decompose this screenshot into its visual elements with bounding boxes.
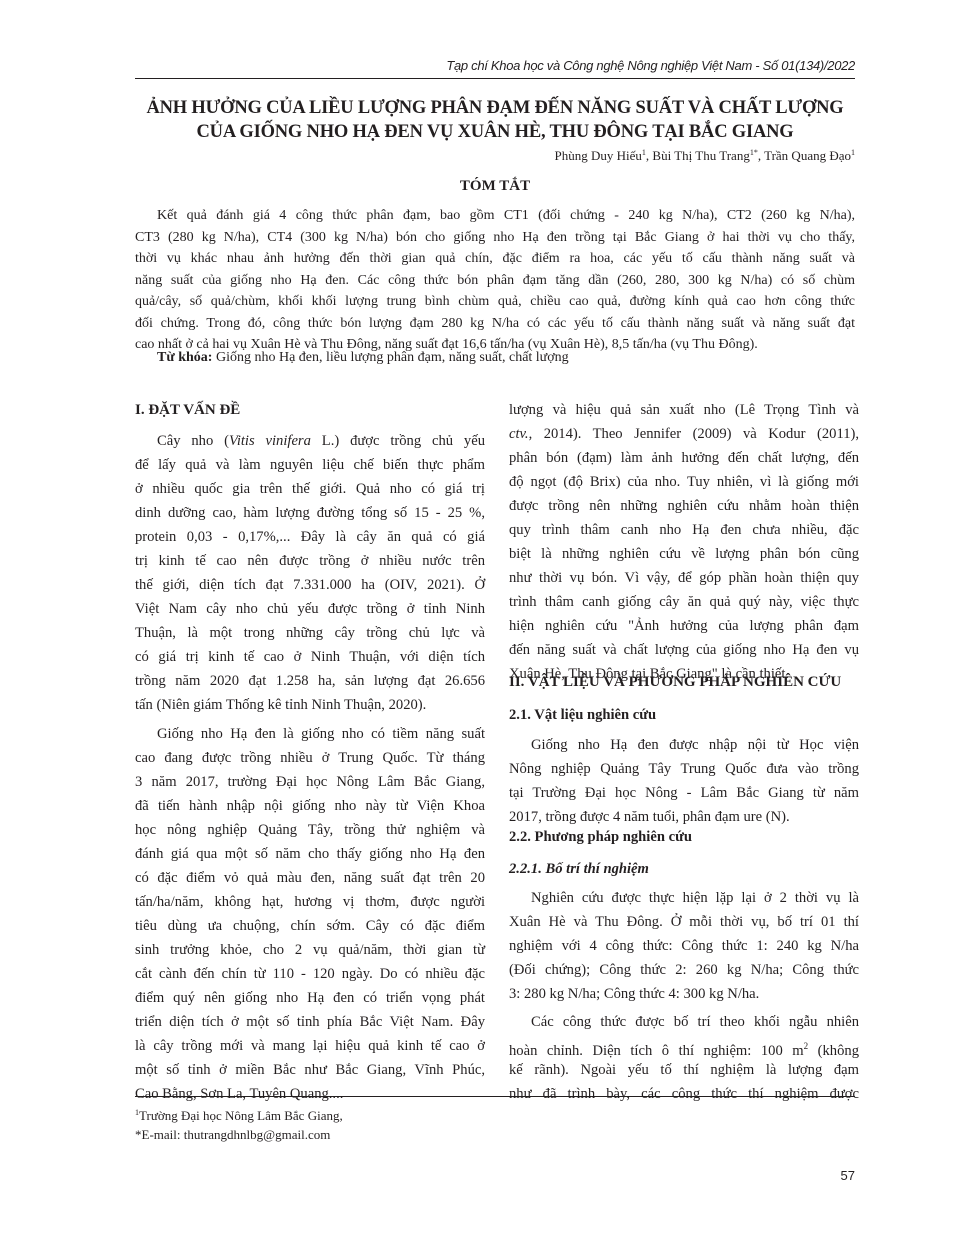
- body-line: cao đang được trồng nhiều ở Trung Quốc. …: [135, 746, 485, 770]
- body-line: cắt cành đến chín từ 110 - 120 ngày. Do …: [135, 962, 485, 986]
- body-line: Việt Nam cây nho chủ yếu được trồng ở tỉ…: [135, 597, 485, 621]
- footnote-text: Trường Đại học Nông Lâm Bắc Giang,: [139, 1108, 343, 1123]
- author-name: Trần Quang Đạo: [764, 148, 851, 163]
- footnote-email: *E-mail: thutrangdhnlbg@gmail.com: [135, 1125, 343, 1144]
- body-line: ctv., 2014). Theo Jennifer (2009) và Kod…: [509, 422, 859, 446]
- body-line: Các công thức được bố trí theo khối ngẫu…: [531, 1010, 859, 1034]
- body-line: hoàn chỉnh. Diện tích ô thí nghiệm: 100 …: [509, 1034, 859, 1058]
- footnote-affiliation: 1Trường Đại học Nông Lâm Bắc Giang,: [135, 1103, 343, 1125]
- body-line: trị kinh tế cao nên được trồng ở nhiều n…: [135, 549, 485, 573]
- text-run: , 2014). Theo Jennifer (2009) và Kodur (…: [529, 426, 859, 442]
- section-heading-2: II. VẬT LIỆU VÀ PHƯƠNG PHÁP NGHIÊN CỨU: [509, 674, 841, 691]
- body-line: học nông nghiệp Quảng Tây, trồng thử ngh…: [135, 818, 485, 842]
- body-line: biệt là những nghiên cứu về lượng phân b…: [509, 542, 859, 566]
- body-line: Nông nghiệp Quảng Tây Trung Quốc đưa vào…: [509, 757, 859, 781]
- running-head: Tạp chí Khoa học và Công nghệ Nông nghiệ…: [135, 58, 855, 73]
- et-al-abbrev: ctv.: [509, 426, 529, 442]
- body-line: có giá trị kinh tế cao ở Ninh Thuận, với…: [135, 645, 485, 669]
- body-line: kế rãnh). Ngoài yếu tố thí nghiệm là lượ…: [509, 1058, 859, 1082]
- title-line-2: CỦA GIỐNG NHO HẠ ĐEN VỤ XUÂN HÈ, THU ĐÔN…: [135, 120, 855, 144]
- subsection-heading-2-2-1: 2.2.1. Bố trí thí nghiệm: [509, 861, 649, 878]
- author-list: Phùng Duy Hiếu1, Bùi Thị Thu Trang1*, Tr…: [135, 148, 855, 164]
- body-line: dinh dưỡng cao, hàm lượng đường tổng số …: [135, 501, 485, 525]
- abstract-line: Kết quả đánh giá 4 công thức phân đạm, b…: [135, 205, 855, 227]
- text-run: L.) được trồng chủ yếu: [311, 433, 485, 449]
- page-number: 57: [820, 1168, 855, 1183]
- abstract-body: Kết quả đánh giá 4 công thức phân đạm, b…: [135, 205, 855, 356]
- body-line: đánh giá qua một số năm cho thấy giống n…: [135, 842, 485, 866]
- body-line: Thuận, là một trong những cây trồng chủ …: [135, 621, 485, 645]
- body-line: thế giới, diện tích đạt 7.331.000 ha (OI…: [135, 573, 485, 597]
- body-line: quy trình thâm canh nho Hạ đen chưa nhiề…: [509, 518, 859, 542]
- section-heading-1: I. ĐẶT VẤN ĐỀ: [135, 402, 240, 419]
- body-line: Nghiên cứu được thực hiện lặp lại ở 2 th…: [531, 886, 859, 910]
- abstract-heading: TÓM TẮT: [135, 178, 855, 195]
- article-title: ẢNH HƯỞNG CỦA LIỀU LƯỢNG PHÂN ĐẠM ĐẾN NĂ…: [135, 96, 855, 144]
- body-line: phân bón (đạm) làm ảnh hưởng đến chất lư…: [509, 446, 859, 470]
- footnotes: 1Trường Đại học Nông Lâm Bắc Giang, *E-m…: [135, 1103, 343, 1144]
- body-line: tấn (Niên giám Thống kê tỉnh Ninh Thuận,…: [135, 693, 485, 717]
- footnote-rule: [135, 1096, 855, 1097]
- abstract-line: đối chứng. Trong đó, công thức bón lượng…: [135, 313, 855, 335]
- body-line: đến năng suất và chất lượng của giống nh…: [509, 638, 859, 662]
- body-line: 3 năm 2017, trường Đại học Nông Lâm Bắc …: [135, 770, 485, 794]
- body-line: Giống nho Hạ đen là giống nho có tiềm nă…: [157, 722, 485, 746]
- body-line: là cây trồng mới và mang lại hiệu quả ki…: [135, 1034, 485, 1058]
- abstract-line: thời vụ khác nhau ảnh hưởng đến thời gia…: [135, 248, 855, 270]
- body-line: có đặc điểm vỏ quả màu đen, năng suất đạ…: [135, 866, 485, 890]
- author-affiliation-sup: 1: [851, 148, 855, 157]
- author-name: Phùng Duy Hiếu: [555, 148, 642, 163]
- body-line: 3: 280 kg N/ha; Công thức 4: 300 kg N/ha…: [509, 982, 859, 1006]
- body-line: Cây nho (Vitis vinifera L.) được trồng c…: [157, 429, 485, 453]
- author-name: Bùi Thị Thu Trang: [652, 148, 749, 163]
- body-line: tấn/ha/năm, không hạt, hương vị thơm, đư…: [135, 890, 485, 914]
- body-line: điểm quý nên giống nho Hạ đen có triển v…: [135, 986, 485, 1010]
- title-line-1: ẢNH HƯỞNG CỦA LIỀU LƯỢNG PHÂN ĐẠM ĐẾN NĂ…: [135, 96, 855, 120]
- body-line: hiện nghiên cứu "Ảnh hưởng của lượng phâ…: [509, 614, 859, 638]
- abstract-line: quả/cây, số quả/chùm, khối khối lượng tr…: [135, 291, 855, 313]
- paper-page: Tạp chí Khoa học và Công nghệ Nông nghiệ…: [0, 0, 969, 1254]
- body-line: để lấy quả và làm nguyên liệu chế biến t…: [135, 453, 485, 477]
- body-line: Giống nho Hạ đen được nhập nội từ Học vi…: [531, 733, 859, 757]
- keywords-label: Từ khóa:: [157, 350, 212, 365]
- body-line: lượng và hiệu quả sản xuất nho (Lê Trọng…: [509, 398, 859, 422]
- body-line: như đã trình bày, các công thức thí nghi…: [509, 1082, 859, 1106]
- body-line: được trồng nên những nghiên cứu nhằm hoà…: [509, 494, 859, 518]
- body-line: độ ngọt (độ Brix) của nho. Tuy nhiên, vì…: [509, 470, 859, 494]
- abstract-line: năng suất của giống nho Hạ đen. Các công…: [135, 270, 855, 292]
- body-line: trình thâm canh giống cây ăn quả quý này…: [509, 590, 859, 614]
- body-line: tại Trường Đại học Nông - Lâm Bắc Giang …: [509, 781, 859, 805]
- body-line: sinh trưởng khỏe, cho 2 vụ quả/năm, thời…: [135, 938, 485, 962]
- keywords-text: Giống nho Hạ đen, liều lượng phân đạm, n…: [212, 350, 568, 365]
- body-line: protein 0,03 - 0,17%,... Đây là cây ăn q…: [135, 525, 485, 549]
- species-name: Vitis vinifera: [229, 433, 311, 449]
- header-rule: [135, 78, 855, 79]
- subsection-heading-2-2: 2.2. Phương pháp nghiên cứu: [509, 829, 692, 846]
- body-line: 2017, trồng được 4 năm tuổi, phân đạm ur…: [509, 805, 859, 829]
- body-line: ở nhiều quốc gia trên thế giới. Quả nho …: [135, 477, 485, 501]
- text-run: Cây nho (: [157, 433, 229, 449]
- body-line: đã tiến hành nhập nội giống nho này từ V…: [135, 794, 485, 818]
- body-line: nghiệm với 4 công thức: Công thức 1: 240…: [509, 934, 859, 958]
- body-line: trồng năm 2020 đạt 1.258 ha, sản lượng đ…: [135, 669, 485, 693]
- abstract-line: CT3 (280 kg N/ha), CT4 (300 kg N/ha) bón…: [135, 227, 855, 249]
- text-run: (không: [808, 1043, 859, 1059]
- keywords: Từ khóa: Giống nho Hạ đen, liều lượng ph…: [135, 350, 855, 366]
- body-line: Xuân Hè và Thu Đông. Ở mỗi thời vụ, bố t…: [509, 910, 859, 934]
- body-line: như thời vụ bón. Vì vậy, để góp phần hoà…: [509, 566, 859, 590]
- text-run: hoàn chỉnh. Diện tích ô thí nghiệm: 100 …: [509, 1043, 804, 1059]
- subsection-heading-2-1: 2.1. Vật liệu nghiên cứu: [509, 707, 656, 724]
- body-line: tiêu dùng ưa chuộng, chín sớm. Cây có đặ…: [135, 914, 485, 938]
- author-affiliation-sup: 1*: [750, 148, 758, 157]
- body-line: (Đối chứng); Công thức 2: 260 kg N/ha; C…: [509, 958, 859, 982]
- body-line: một số tỉnh ở miền Bắc như Bắc Giang, Vĩ…: [135, 1058, 485, 1082]
- body-line: triển diện tích ở một số tỉnh phía Bắc V…: [135, 1010, 485, 1034]
